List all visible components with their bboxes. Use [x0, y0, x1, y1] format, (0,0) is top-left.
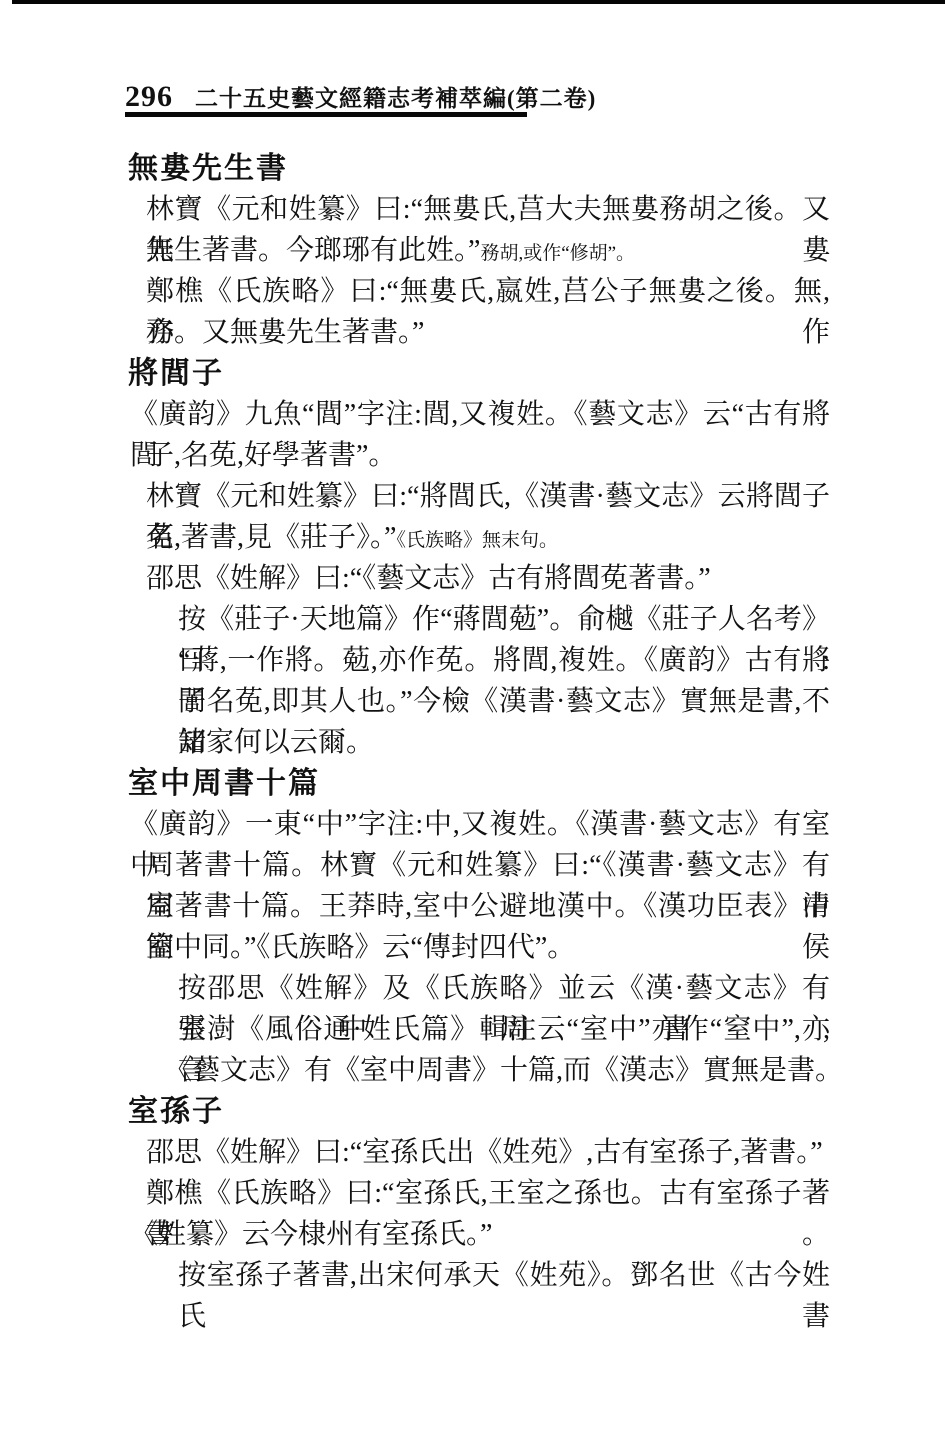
text-line: 《廣韵》九魚“閭”字注:閭,又複姓。《藝文志》云“古有將閭: [128, 394, 830, 435]
entry-heading: 室中周書十篇: [128, 763, 830, 804]
text-line: 鄭樵《氏族略》曰:“無婁氏,嬴姓,莒公子無婁之後。無,亦作: [128, 271, 830, 312]
inline-note: 務胡,或作“修胡”。: [480, 243, 635, 264]
text-line-annotation: 子名莬,即其人也。”今檢《漢書·藝文志》實無是書,不知: [128, 681, 830, 722]
text-line-annotation: 諸家何以云爾。: [128, 722, 830, 763]
text-line: 林寶《元和姓纂》曰:“將閭氏,《漢書·藝文志》云將閭子名: [128, 476, 830, 517]
page-header: 296 二十五史藝文經籍志考補萃編(第二卷): [125, 80, 596, 114]
entry-heading: 無婁先生書: [128, 148, 830, 189]
text-line: 林寶《元和姓纂》曰:“無婁氏,莒大夫無婁務胡之後。又無婁: [128, 189, 830, 230]
text-line-annotation: 《藝文志》有《室中周書》十篇,而《漢志》實無是書。: [128, 1050, 830, 1091]
page-number: 296: [125, 80, 173, 114]
running-title: 二十五史藝文經籍志考補萃編(第二卷): [195, 80, 596, 113]
inline-note: 《氏族略》無末句。: [396, 530, 558, 551]
text-line: 鄭樵《氏族略》曰:“室孫氏,王室之孫也。古有室孫子著書。: [128, 1173, 830, 1214]
text-line: 《廣韵》一東“中”字注:中,又複姓。《漢書·藝文志》有室中: [128, 804, 830, 845]
entry-heading: 室孫子: [128, 1091, 830, 1132]
page-body: 無婁先生書 林寶《元和姓纂》曰:“無婁氏,莒大夫無婁務胡之後。又無婁 先生著書。…: [128, 148, 830, 1296]
text-line-annotation: 按邵思《姓解》及《氏族略》並云《漢·藝文志》有室中周書,: [128, 968, 830, 1009]
text-line: 莬,著書,見《莊子》。”《氏族略》無末句。: [128, 517, 830, 558]
text-line: 邵思《姓解》曰:“《藝文志》古有將閭莬著書。”: [128, 558, 830, 599]
text-line: 邵思《姓解》曰:“室孫氏出《姓苑》,古有室孫子,著書。”: [128, 1132, 830, 1173]
header-rule: [125, 112, 527, 117]
text-line-main: 莬,著書,見《莊子》。”: [146, 522, 396, 553]
scan-edge-artifact: [12, 0, 945, 4]
text-line: 子,名莬,好學著書”。: [128, 435, 830, 476]
text-line: 周著書十篇。王莽時,室中公避地漢中。《漢功臣表》清簡侯: [128, 886, 830, 927]
text-line-annotation: “蔣,一作將。葂,亦作莬。將閭,複姓。《廣韵》古有將閭: [128, 640, 830, 681]
text-line: 周著書十篇。林寶《元和姓纂》曰:“《漢書·藝文志》有室中: [128, 845, 830, 886]
text-line-annotation: 按《莊子·天地篇》作“蔣閭葂”。俞樾《莊子人名考》曰:: [128, 599, 830, 640]
text-line-main: 先生著書。今瑯琊有此姓。”: [146, 235, 480, 266]
text-line-annotation: 張澍《風俗通·姓氏篇》輯注云“室中”亦作“窒中”,亦言: [128, 1009, 830, 1050]
text-line-annotation: 按室孫子著書,出宋何承天《姓苑》。鄧名世《古今姓氏書: [128, 1255, 830, 1296]
entry-heading: 將閭子: [128, 353, 830, 394]
book-page-scan: 296 二十五史藝文經籍志考補萃編(第二卷) 無婁先生書 林寶《元和姓纂》曰:“…: [0, 0, 945, 1439]
